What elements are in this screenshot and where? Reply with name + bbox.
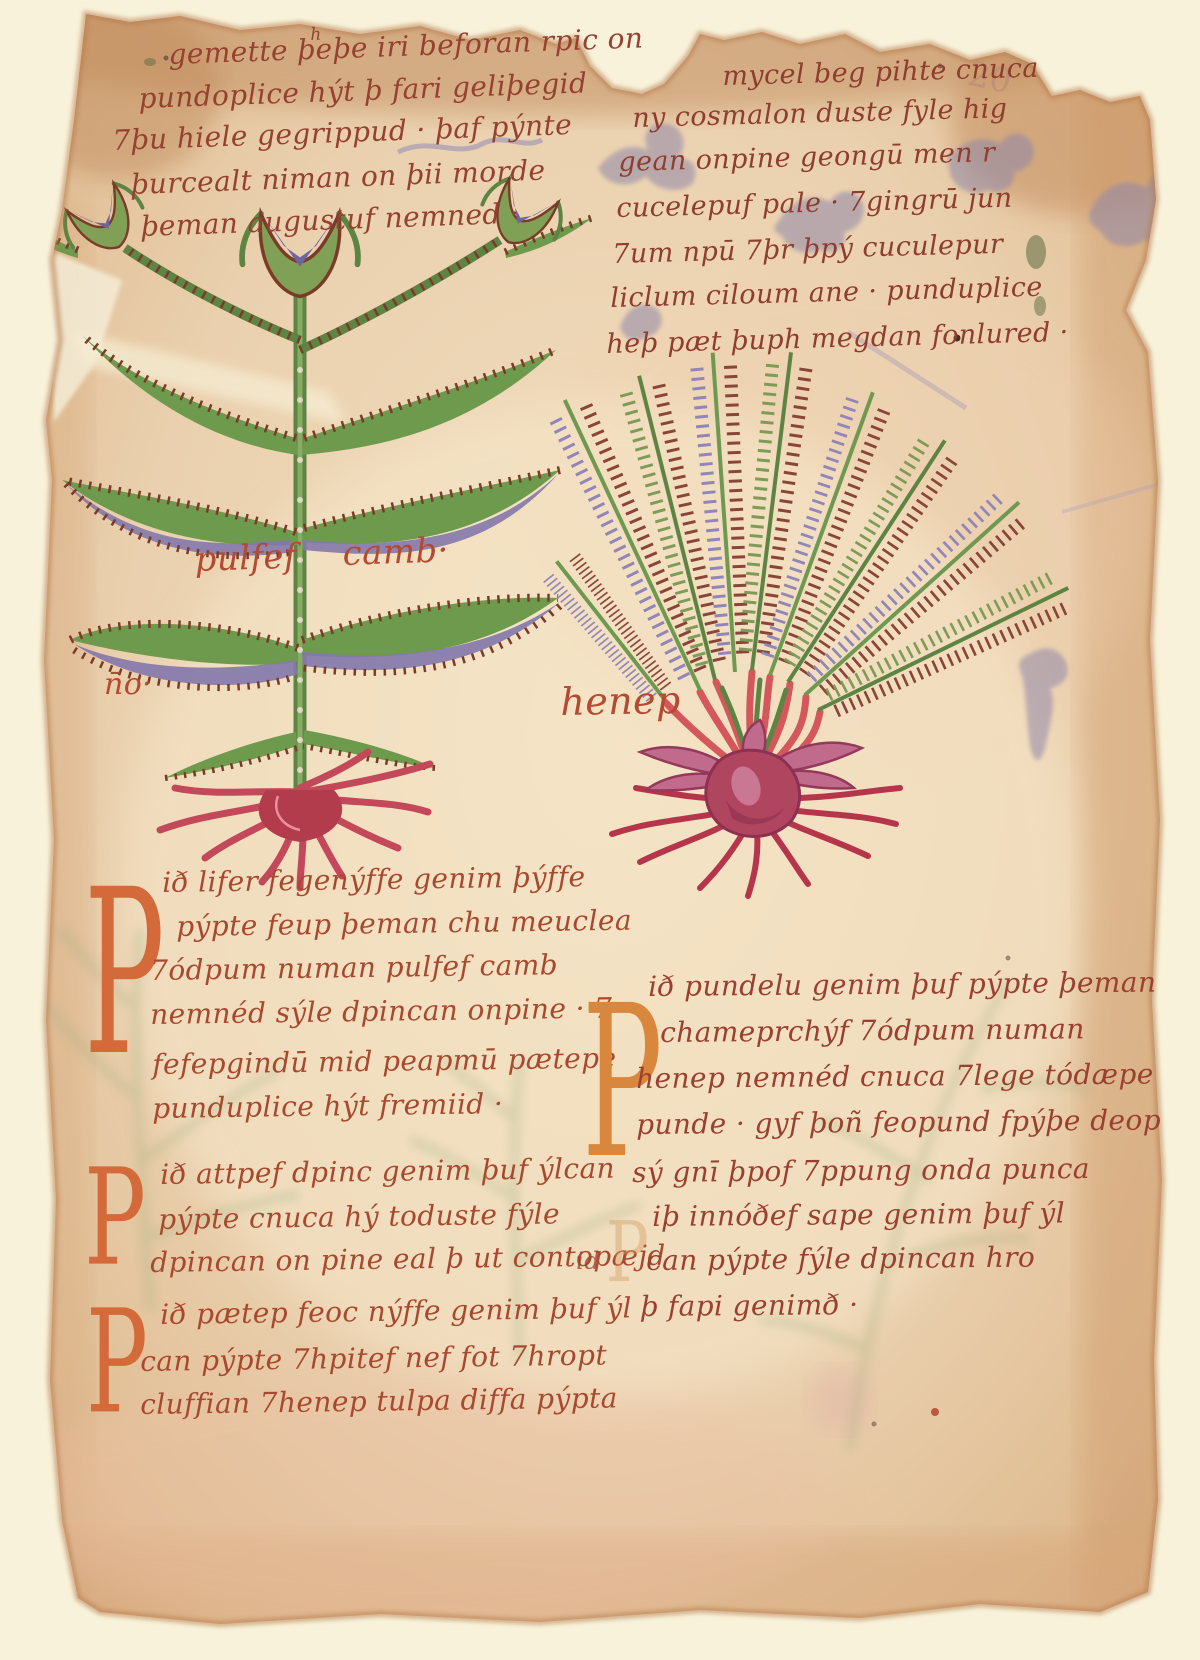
rubricated-initial: P [86, 1292, 148, 1435]
show-through-root [808, 1368, 872, 1432]
plant-label-camb: camb· [342, 532, 449, 573]
text-line: pýpte cnuca hý toduste fýle [158, 1199, 560, 1235]
text-line: punde · gyf þoñ feopund fpýþe deop [636, 1105, 1161, 1140]
text-line: ið attpef dpinc genim þuf ýlcan [160, 1154, 615, 1191]
green-stain [1026, 235, 1046, 269]
text-line: cluffian 7henep tulpa diffa pýpta [140, 1383, 618, 1420]
speck [872, 1422, 877, 1427]
show-through-word: id [576, 1248, 600, 1275]
text-line: pýpte feup þeman chu meuclea [176, 906, 632, 943]
red-speck [931, 1408, 939, 1416]
manuscript-page: 20 h gemette þeþe iri beforan rpic on pu… [0, 0, 1200, 1660]
text-line: chameprchýf 7ódpum numan [660, 1014, 1085, 1049]
plant-label-henep: henep [560, 680, 681, 724]
rubricated-initial: P [84, 1152, 146, 1285]
text-line: iþ innóðef sape genim þuf ýl [652, 1198, 1065, 1232]
margin-note: n̄o· [104, 668, 152, 701]
plant-label-wulfes: pulfef [194, 538, 297, 579]
text-line: 7ódpum numan pulfef camb [150, 950, 558, 986]
text-line: sý gnī þpof 7ppung onda punca [632, 1154, 1090, 1189]
text-line: ið lifer fegenýffe genim þýffe [162, 862, 586, 899]
text-line: ið pætep feoc nýffe genim þuf ýl [160, 1293, 632, 1330]
green-stain [144, 58, 156, 66]
text-line: þ fapi genimð · [640, 1290, 859, 1323]
text-line: can pýpte 7hpitef nef fot 7hropt [140, 1340, 607, 1377]
text-line: ið pundelu genim þuf pýpte þeman [648, 968, 1156, 1003]
text-line: nemnéd sýle dpincan onpine · 7 [150, 994, 613, 1031]
text-line: henep nemnéd cnuca 7lege tódæpe [636, 1059, 1154, 1094]
text-line: fefepgindū mid peapmū pætepe [152, 1044, 617, 1081]
text-line: can pýpte fýle dpincan hro [646, 1243, 1035, 1277]
speck [1006, 956, 1011, 961]
text-line: punduplice hýt fremiid · [152, 1089, 503, 1125]
show-through-initial: P [606, 1212, 649, 1295]
